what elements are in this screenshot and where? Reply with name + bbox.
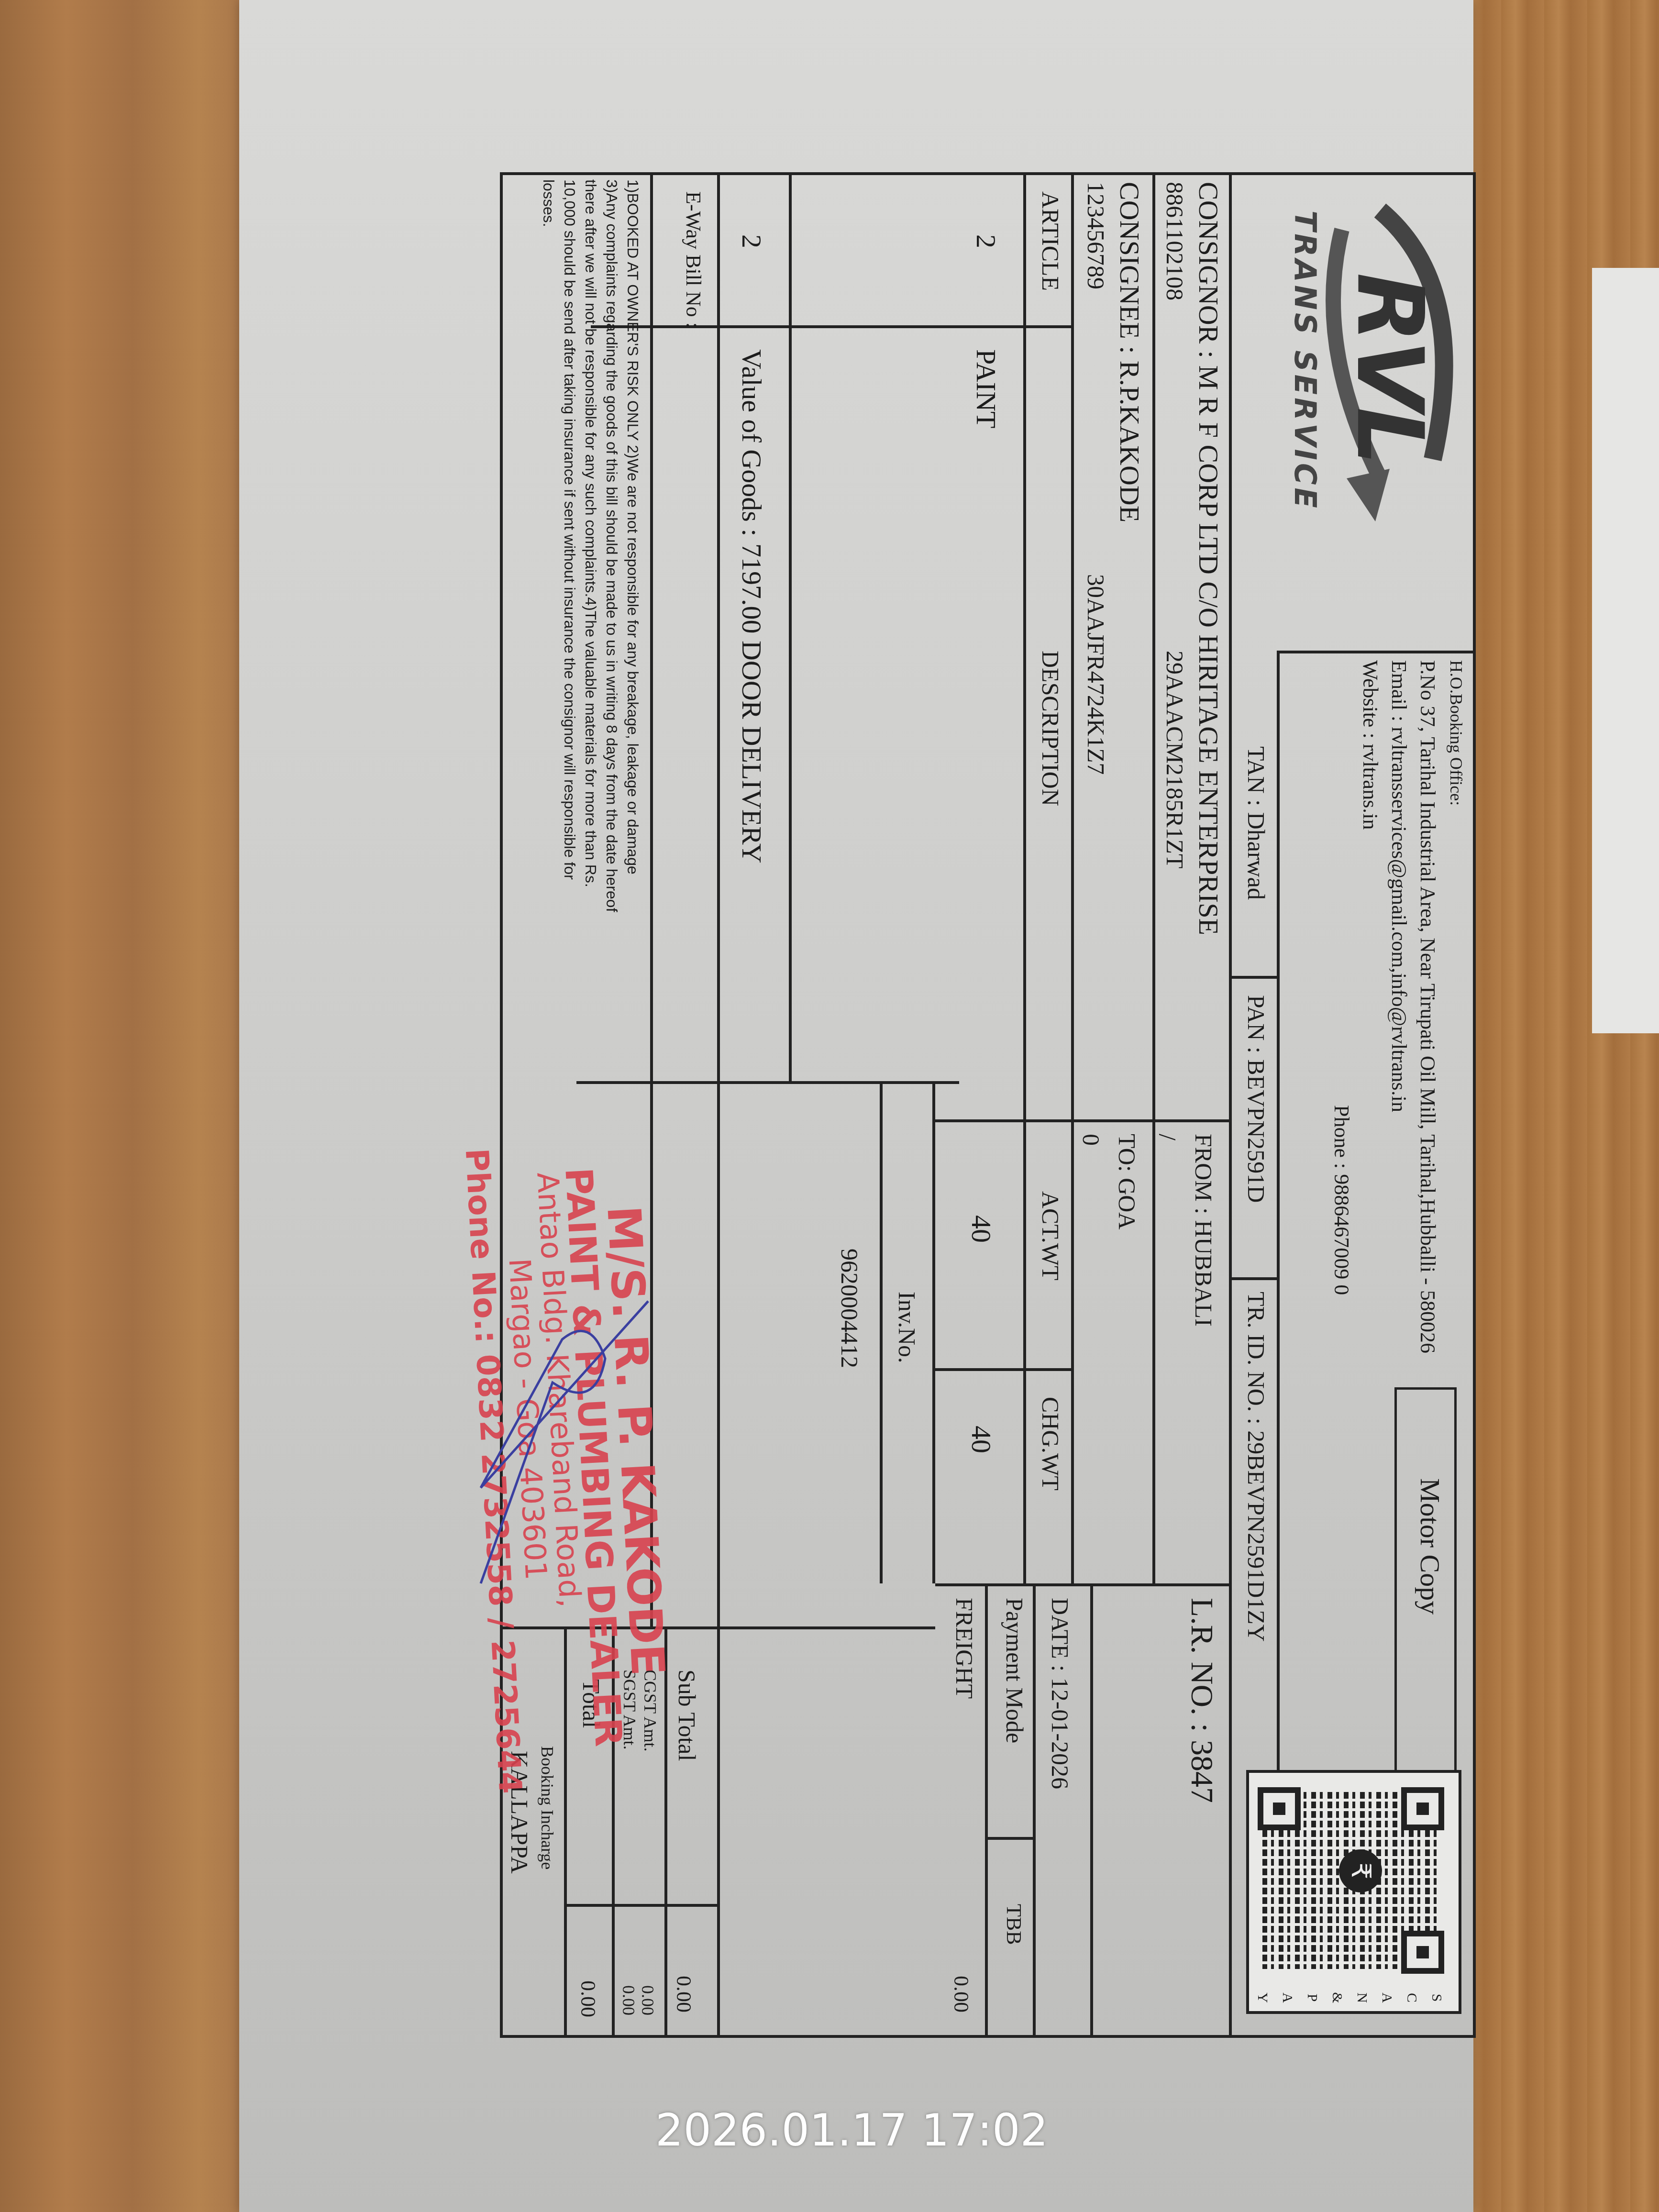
company-address: P.No 37, Tarihal Industrial Area, Near T… bbox=[1416, 660, 1440, 1353]
divider bbox=[1090, 1583, 1093, 2038]
tan-field: TAN : Dharwad bbox=[1242, 746, 1270, 900]
row-act-wt: 40 bbox=[965, 1215, 997, 1243]
route-to-sub: 0 bbox=[1077, 1134, 1105, 1146]
pan-field: PAN : BEVPN2591D bbox=[1242, 995, 1270, 1203]
divider bbox=[1071, 172, 1074, 1583]
divider bbox=[935, 1368, 1074, 1371]
consignor-gstin: 29AAACM2185R1ZT bbox=[1161, 651, 1189, 869]
route-from: FROM : HUBBALI bbox=[1190, 1134, 1217, 1327]
row-inv-no: 9620004412 bbox=[836, 1249, 863, 1368]
sgst-value: 0.00 bbox=[619, 1985, 639, 2015]
consignor-name: M R F CORP LTD C/O HIRITAGE ENTERPRISE bbox=[1193, 365, 1224, 935]
qr-finder-icon bbox=[1258, 1787, 1301, 1830]
logo-text: RVL bbox=[1337, 273, 1442, 462]
divider bbox=[880, 1081, 883, 1583]
payment-mode-label: Payment Mode bbox=[1001, 1598, 1029, 1743]
consignee-gstin: 30AAJFR4724K1Z7 bbox=[1082, 574, 1110, 774]
col-inv-no: Inv.No. bbox=[893, 1292, 921, 1363]
divider bbox=[932, 1081, 935, 1583]
route-from-sub: / bbox=[1154, 1134, 1182, 1140]
consignor-label: CONSIGNOR : M R F CORP LTD C/O HIRITAGE … bbox=[1193, 182, 1225, 935]
company-logo: RVL TRANS SERVICE bbox=[1318, 191, 1461, 526]
terms-line: losses. bbox=[538, 179, 559, 227]
qr-finder-icon bbox=[1401, 1931, 1444, 1974]
tr-id-field: TR. ID. NO. : 29BEVPN2591D1ZY bbox=[1242, 1292, 1270, 1642]
consignee-name: R.P.KAKODE bbox=[1114, 361, 1145, 522]
divider bbox=[1277, 651, 1280, 1789]
consignor-phone: 8861102108 bbox=[1161, 182, 1189, 300]
divider bbox=[576, 1081, 959, 1084]
divider bbox=[1229, 172, 1232, 2038]
divider bbox=[935, 1583, 1093, 1586]
col-article: ARTICLE bbox=[1037, 191, 1064, 291]
office-heading: H.O.Booking Office: bbox=[1446, 660, 1466, 806]
divider bbox=[1033, 1583, 1036, 2038]
freight-value: 0.00 bbox=[949, 1976, 973, 2013]
divider bbox=[564, 1626, 567, 2038]
divider bbox=[1023, 172, 1026, 1583]
adjacent-paper-edge bbox=[1592, 268, 1659, 1033]
company-email: Email : rvltransservices@gmail.com,info@… bbox=[1387, 660, 1411, 1112]
divider bbox=[789, 172, 792, 1081]
col-description: DESCRIPTION bbox=[1037, 651, 1064, 806]
photo-timestamp: 2026.01.17 17:02 bbox=[655, 2105, 1048, 2156]
company-website: Website : rvltrans.in bbox=[1358, 660, 1382, 830]
total-value: 0.00 bbox=[576, 1980, 600, 2017]
divider bbox=[1232, 1277, 1280, 1280]
signature-icon bbox=[462, 1287, 663, 1622]
divider bbox=[1280, 651, 1476, 653]
col-chg-wt: CHG.WT bbox=[1037, 1397, 1064, 1491]
divider bbox=[935, 1119, 1232, 1122]
lr-number: L.R. NO. : 3847 bbox=[1183, 1598, 1220, 1803]
row-description: PAINT bbox=[970, 349, 1002, 428]
divider bbox=[988, 1837, 1036, 1840]
qr-side-text: SC AN &P AY bbox=[1250, 1988, 1449, 2007]
payment-logo-icon: ₹ bbox=[1339, 1849, 1382, 1892]
route-to: TO: GOA bbox=[1113, 1134, 1141, 1229]
divider bbox=[664, 1626, 667, 2038]
divider bbox=[1232, 976, 1280, 979]
divider bbox=[985, 1583, 988, 2038]
sub-total-label: Sub Total bbox=[673, 1670, 701, 1761]
divider bbox=[717, 172, 720, 2038]
sub-total-value: 0.00 bbox=[672, 1976, 696, 2013]
value-of-goods: Value of Goods : 7197.00 DOOR DELIVERY bbox=[736, 349, 768, 863]
terms-line: there after we will not be responsible f… bbox=[580, 179, 601, 887]
company-phone: Phone : 9886467009 0 bbox=[1329, 1105, 1354, 1295]
copy-label: Motor Copy bbox=[1414, 1478, 1446, 1615]
consignee-label: CONSIGNEE : R.P.KAKODE bbox=[1114, 182, 1146, 522]
col-act-wt: ACT.WT bbox=[1037, 1191, 1064, 1281]
row-chg-wt: 40 bbox=[965, 1426, 997, 1453]
booking-incharge-label: Booking Incharge bbox=[537, 1746, 557, 1869]
freight-label: FREIGHT bbox=[951, 1598, 978, 1699]
consignee-phone: 123456789 bbox=[1082, 182, 1110, 289]
cgst-label: CGST Amt. bbox=[640, 1670, 660, 1751]
terms-line: 3)Any complaints regarding the goods of … bbox=[601, 179, 622, 912]
qr-finder-icon bbox=[1401, 1787, 1444, 1830]
total-articles: 2 bbox=[736, 234, 768, 248]
divider bbox=[567, 1904, 720, 1907]
payment-mode-value: TBB bbox=[1002, 1904, 1026, 1945]
divider bbox=[591, 325, 1074, 328]
eway-bill-label: E-Way Bill No : bbox=[681, 191, 706, 328]
logo-subtitle: TRANS SERVICE bbox=[1288, 210, 1323, 511]
divider bbox=[1152, 172, 1155, 1583]
lr-date: DATE : 12-01-2026 bbox=[1046, 1598, 1074, 1789]
cgst-value: 0.00 bbox=[638, 1985, 658, 2015]
lorry-receipt: RVL TRANS SERVICE H.O.Booking Office: P.… bbox=[500, 172, 1476, 2038]
scan-and-pay-qr[interactable]: ₹ SC AN &P AY bbox=[1246, 1770, 1461, 2014]
terms-line: 1)BOOKED AT OWNER'S RISK ONLY 2)We are n… bbox=[622, 179, 643, 874]
divider bbox=[1093, 1583, 1232, 1586]
row-article: 2 bbox=[970, 234, 1002, 248]
terms-line: 10,000 should be send after taking insur… bbox=[559, 179, 580, 880]
